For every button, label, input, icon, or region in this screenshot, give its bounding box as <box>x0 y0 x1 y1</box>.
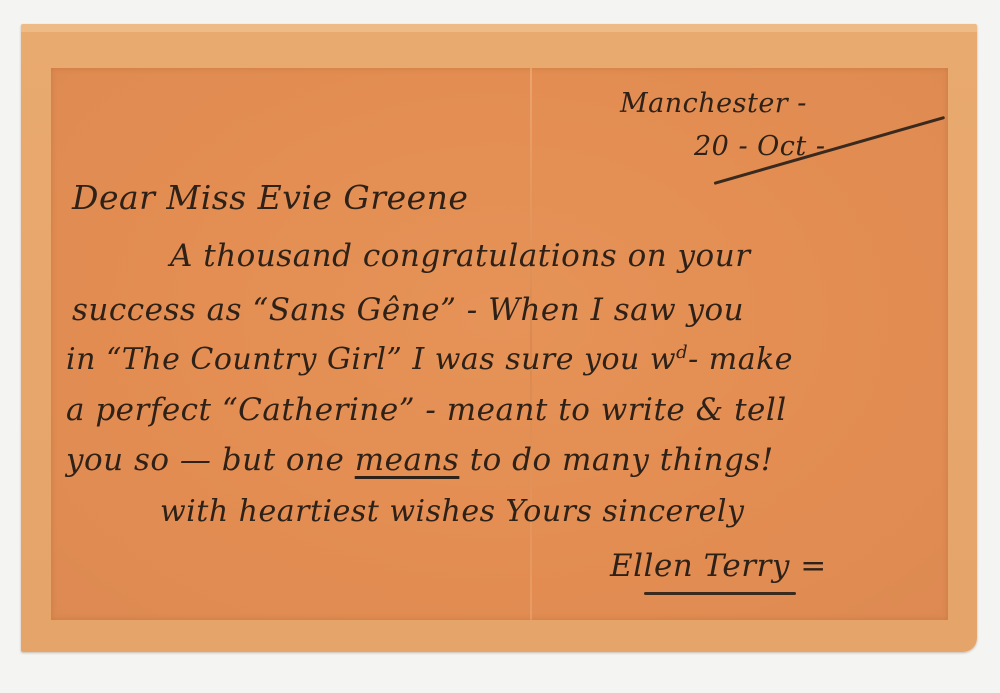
body-line-3-tail: - make <box>688 342 793 377</box>
letter-salutation: Dear Miss Evie Greene <box>72 178 468 217</box>
body-line-3: in “The Country Girl” I was sure you wd-… <box>66 342 793 377</box>
body-line-4: a perfect “Catherine” - meant to write &… <box>66 392 787 428</box>
body-line-5-tail: to do many things! <box>459 442 773 478</box>
body-line-2: success as “Sans Gêne” - When I saw you <box>72 292 744 328</box>
letter-place: Manchester - <box>620 88 807 119</box>
signature-underline <box>644 592 796 595</box>
closing-line: with heartiest wishes Yours sincerely <box>160 494 744 529</box>
body-line-3-superscript: d <box>676 342 688 363</box>
body-line-1: A thousand congratulations on your <box>170 238 751 274</box>
body-line-3-text: in “The Country Girl” I was sure you w <box>66 342 676 377</box>
underlined-word: means <box>355 442 460 478</box>
signature: Ellen Terry = <box>610 548 827 584</box>
body-line-5-text: you so — but one <box>66 442 355 478</box>
body-line-5: you so — but one means to do many things… <box>66 442 774 478</box>
